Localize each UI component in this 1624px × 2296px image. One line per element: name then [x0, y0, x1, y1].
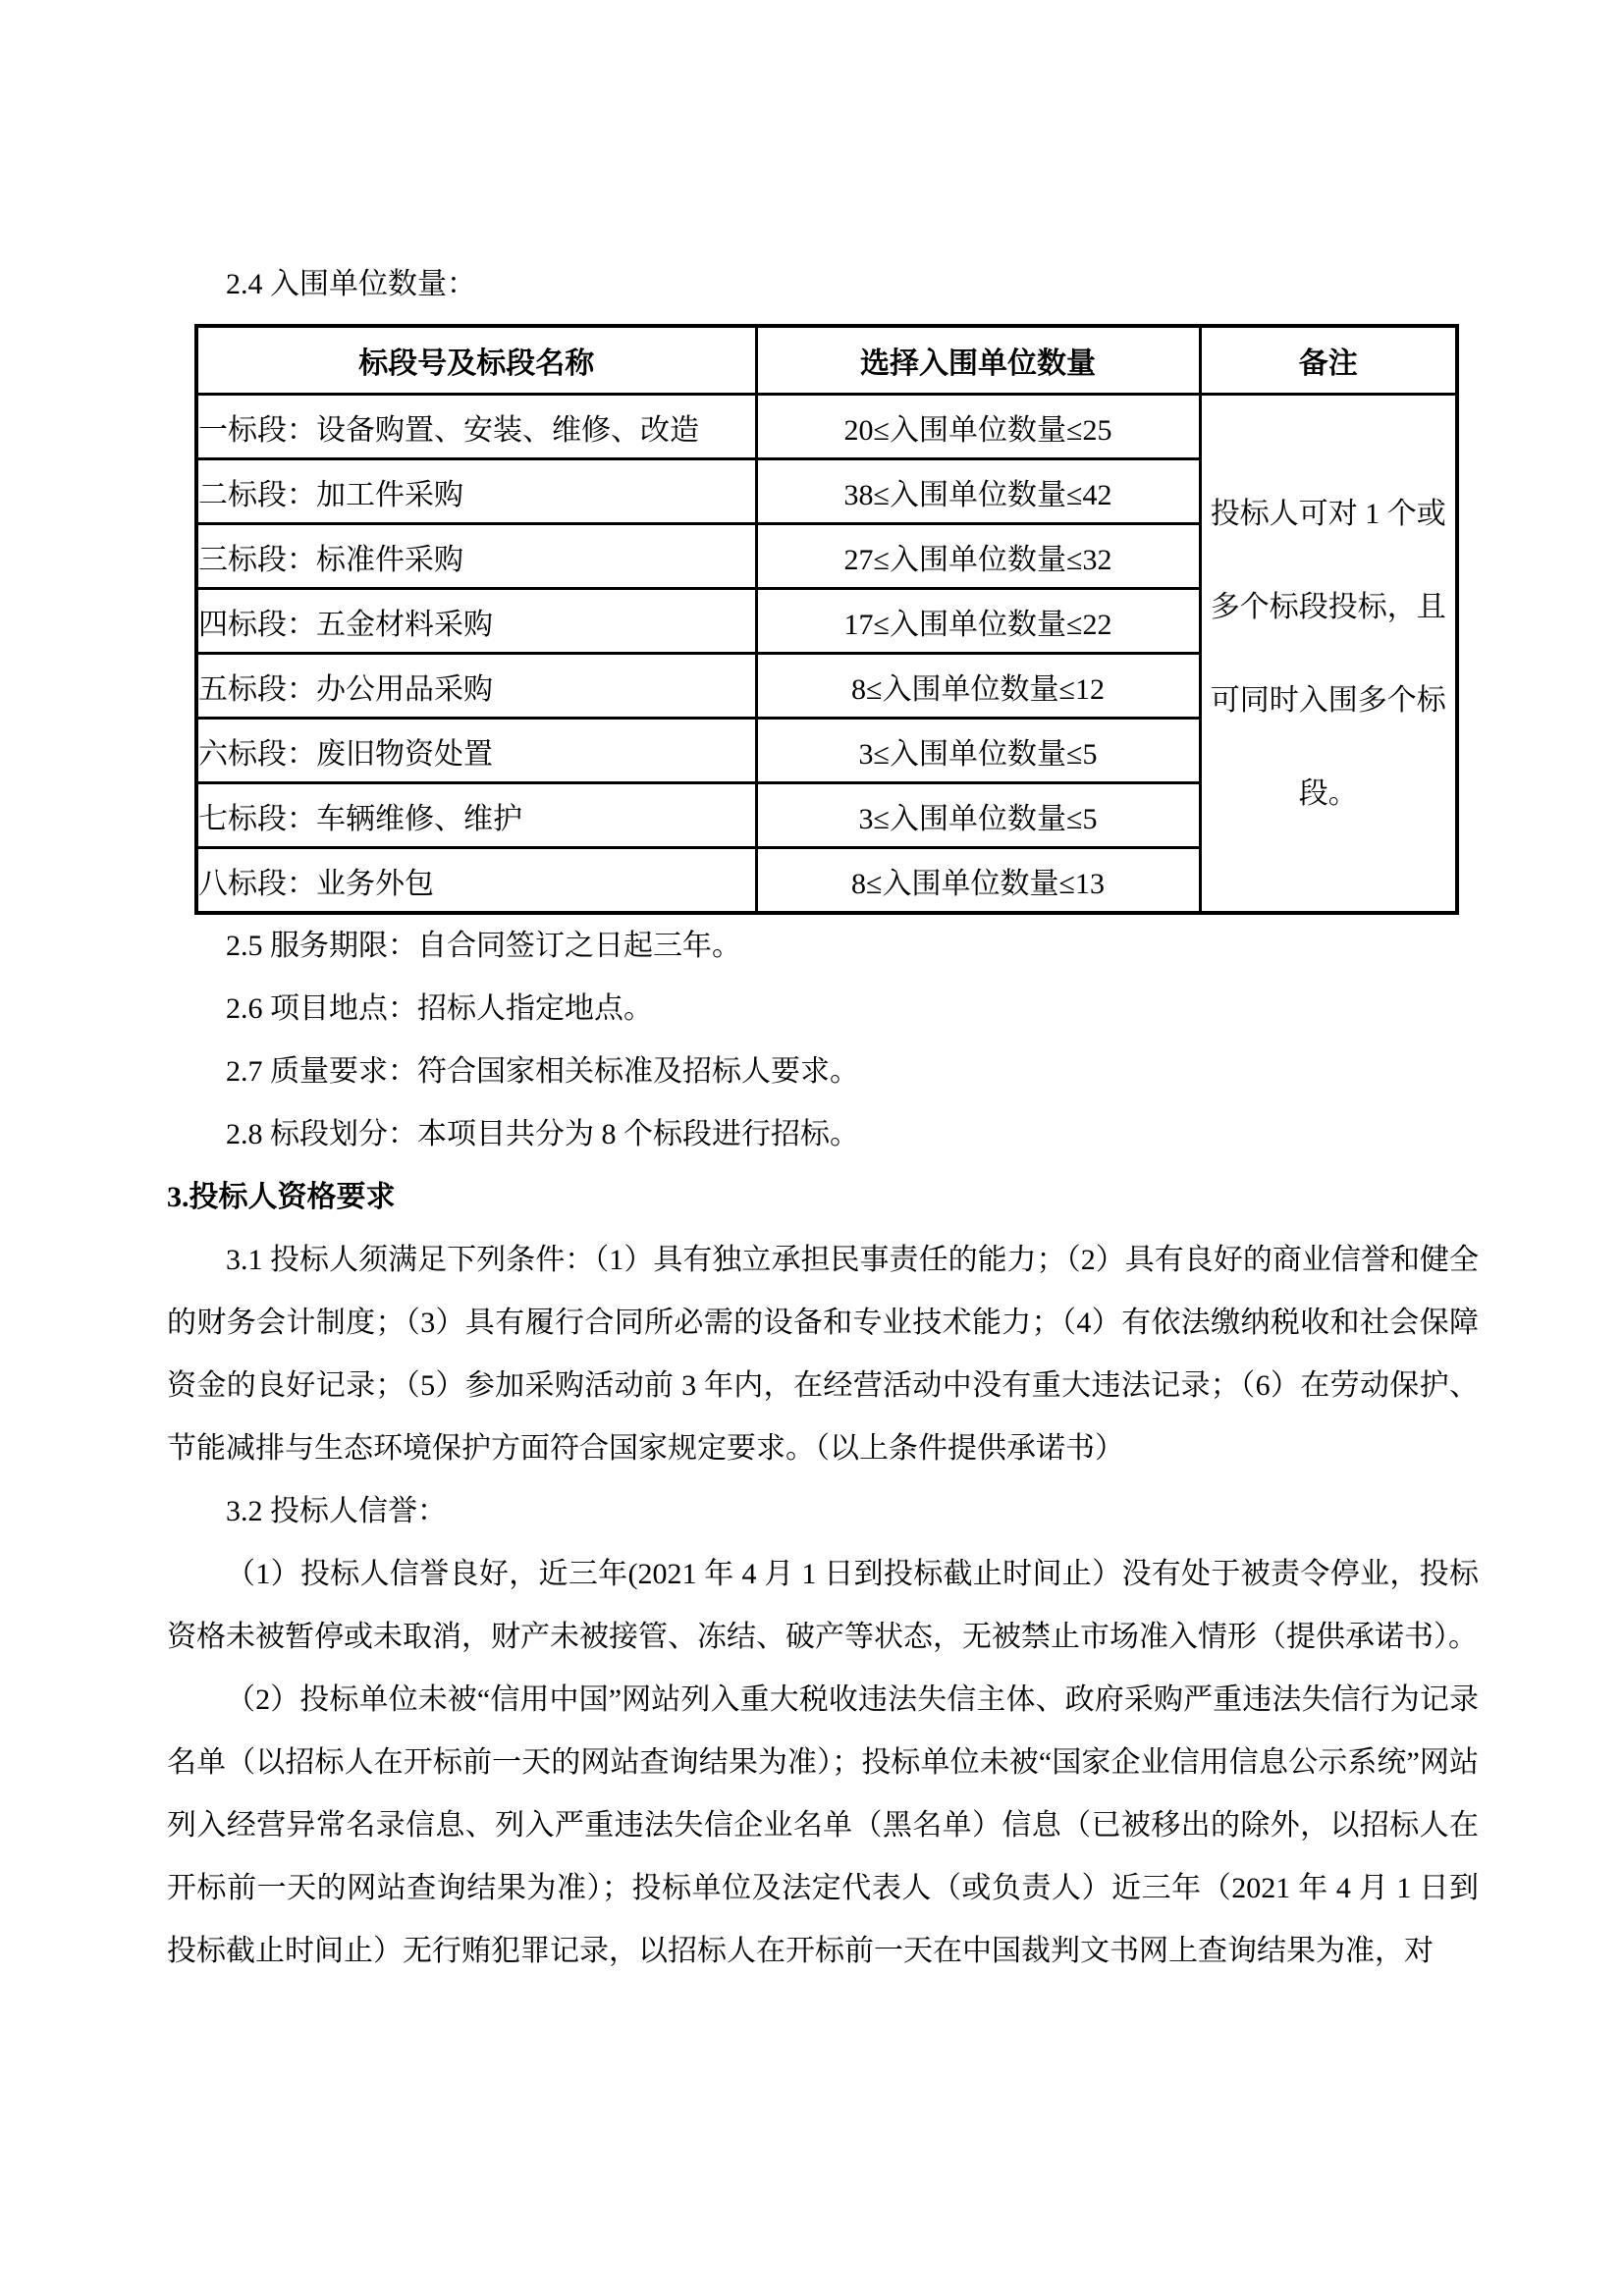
- lot-name-cell: 二标段：加工件采购: [196, 459, 756, 524]
- para-3-2-item-1: （1）投标人信誉良好，近三年(2021 年 4 月 1 日到投标截止时间止）没有…: [167, 1543, 1479, 1669]
- para-2-5: 2.5 服务期限：自合同签订之日起三年。: [167, 915, 1479, 978]
- document-content: 2.4 入围单位数量： 标段号及标段名称 选择入围单位数量 备注 一标段：设备购…: [167, 253, 1479, 1983]
- table-header-row: 标段号及标段名称 选择入围单位数量 备注: [196, 326, 1457, 395]
- remark-line: 多个标段投标，且: [1202, 561, 1456, 654]
- col-header-lot-name: 标段号及标段名称: [196, 326, 756, 395]
- lot-quantity-cell: 38≤入围单位数量≤42: [756, 459, 1200, 524]
- lot-quantity-cell: 20≤入围单位数量≤25: [756, 395, 1200, 459]
- lot-name-cell: 五标段：办公用品采购: [196, 654, 756, 719]
- para-2-7: 2.7 质量要求：符合国家相关标准及招标人要求。: [167, 1041, 1479, 1103]
- para-3-2-item-2: （2）投标单位未被“信用中国”网站列入重大税收违法失信主体、政府采购严重违法失信…: [167, 1669, 1479, 1983]
- lot-quantity-cell: 3≤入围单位数量≤5: [756, 719, 1200, 783]
- lot-name-cell: 六标段：废旧物资处置: [196, 719, 756, 783]
- para-3-1: 3.1 投标人须满足下列条件：（1）具有独立承担民事责任的能力；（2）具有良好的…: [167, 1229, 1479, 1480]
- lot-quantity-cell: 27≤入围单位数量≤32: [756, 524, 1200, 589]
- para-3-2: 3.2 投标人信誉：: [167, 1480, 1479, 1543]
- lot-quantity-cell: 3≤入围单位数量≤5: [756, 783, 1200, 848]
- lot-name-cell: 三标段：标准件采购: [196, 524, 756, 589]
- table-row: 一标段：设备购置、安装、维修、改造 20≤入围单位数量≤25 投标人可对 1 个…: [196, 395, 1457, 459]
- remark-line: 段。: [1202, 747, 1456, 840]
- lot-quantity-cell: 17≤入围单位数量≤22: [756, 589, 1200, 654]
- lot-name-cell: 七标段：车辆维修、维护: [196, 783, 756, 848]
- lot-quantity-cell: 8≤入围单位数量≤13: [756, 848, 1200, 914]
- section-3-heading: 3.投标人资格要求: [167, 1166, 1479, 1229]
- col-header-remark: 备注: [1200, 326, 1457, 395]
- col-header-quantity: 选择入围单位数量: [756, 326, 1200, 395]
- para-2-4: 2.4 入围单位数量：: [167, 253, 1479, 316]
- remark-line: 投标人可对 1 个或: [1202, 467, 1456, 561]
- lot-quantity-table: 标段号及标段名称 选择入围单位数量 备注 一标段：设备购置、安装、维修、改造 2…: [194, 324, 1459, 915]
- para-2-6: 2.6 项目地点：招标人指定地点。: [167, 978, 1479, 1041]
- remark-line: 可同时入围多个标: [1202, 654, 1456, 747]
- lot-name-cell: 八标段：业务外包: [196, 848, 756, 914]
- document-page: 2.4 入围单位数量： 标段号及标段名称 选择入围单位数量 备注 一标段：设备购…: [0, 0, 1624, 2296]
- para-2-8: 2.8 标段划分：本项目共分为 8 个标段进行招标。: [167, 1103, 1479, 1166]
- lot-name-cell: 四标段：五金材料采购: [196, 589, 756, 654]
- remark-cell: 投标人可对 1 个或 多个标段投标，且 可同时入围多个标 段。: [1200, 395, 1457, 914]
- lot-name-cell: 一标段：设备购置、安装、维修、改造: [196, 395, 756, 459]
- lot-quantity-cell: 8≤入围单位数量≤12: [756, 654, 1200, 719]
